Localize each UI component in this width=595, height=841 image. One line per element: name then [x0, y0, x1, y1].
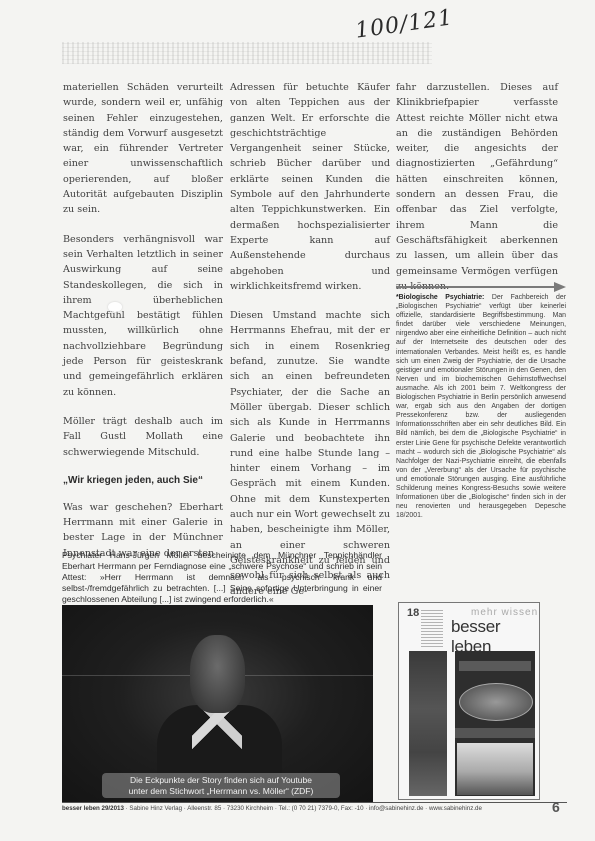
footnote-text: Der Fachbereich der „Biologischen Psychi… [396, 294, 566, 519]
photo-caption: Psychiater Hans-Jürgen Möller bescheinig… [62, 550, 382, 605]
footer-publication: besser leben 29/2013 [62, 805, 124, 812]
footer-divider [62, 802, 567, 803]
magazine-cover-image: 18 mehr wissen besser leben [398, 602, 540, 800]
article-paragraph: materiellen Schäden verurteilt wurde, so… [63, 80, 223, 218]
article-paragraph: Besonders verhängnisvoll war sein Verhal… [63, 232, 223, 400]
cover-issue-number: 18 [407, 607, 419, 619]
article-column-1: materiellen Schäden verurteilt wurde, so… [63, 80, 223, 575]
page-number: 6 [552, 799, 560, 815]
footnote-lead: *Biologische Psychiatrie: [396, 294, 484, 301]
portrait-photo: Die Eckpunkte der Story finden sich auf … [62, 605, 373, 803]
article-paragraph: Möller trägt deshalb auch im Fall Gustl … [63, 414, 223, 460]
video-subtitle: Die Eckpunkte der Story finden sich auf … [102, 773, 340, 798]
article-column-2: Adressen für betuchte Käufer von alten T… [230, 80, 390, 613]
scan-noise-header [62, 42, 432, 64]
article-paragraph: fahr darzustellen. Dieses auf Klinikbrie… [396, 80, 558, 294]
article-column-3: fahr darzustellen. Dieses auf Klinikbrie… [396, 80, 558, 308]
handwritten-page-annotation: 100/121 [354, 5, 455, 43]
article-paragraph: Adressen für betuchte Käufer von alten T… [230, 80, 390, 294]
footer-details: · Sabine Hinz Verlag · Alleenstr. 85 · 7… [124, 805, 482, 812]
page-footer: besser leben 29/2013 · Sabine Hinz Verla… [62, 805, 532, 812]
arrow-right-icon [396, 282, 566, 292]
section-subheading: „Wir kriegen jeden, auch Sie“ [63, 474, 223, 488]
punch-hole [108, 302, 122, 312]
footnote-biologische-psychiatrie: *Biologische Psychiatrie: Der Fachbereic… [396, 293, 566, 520]
